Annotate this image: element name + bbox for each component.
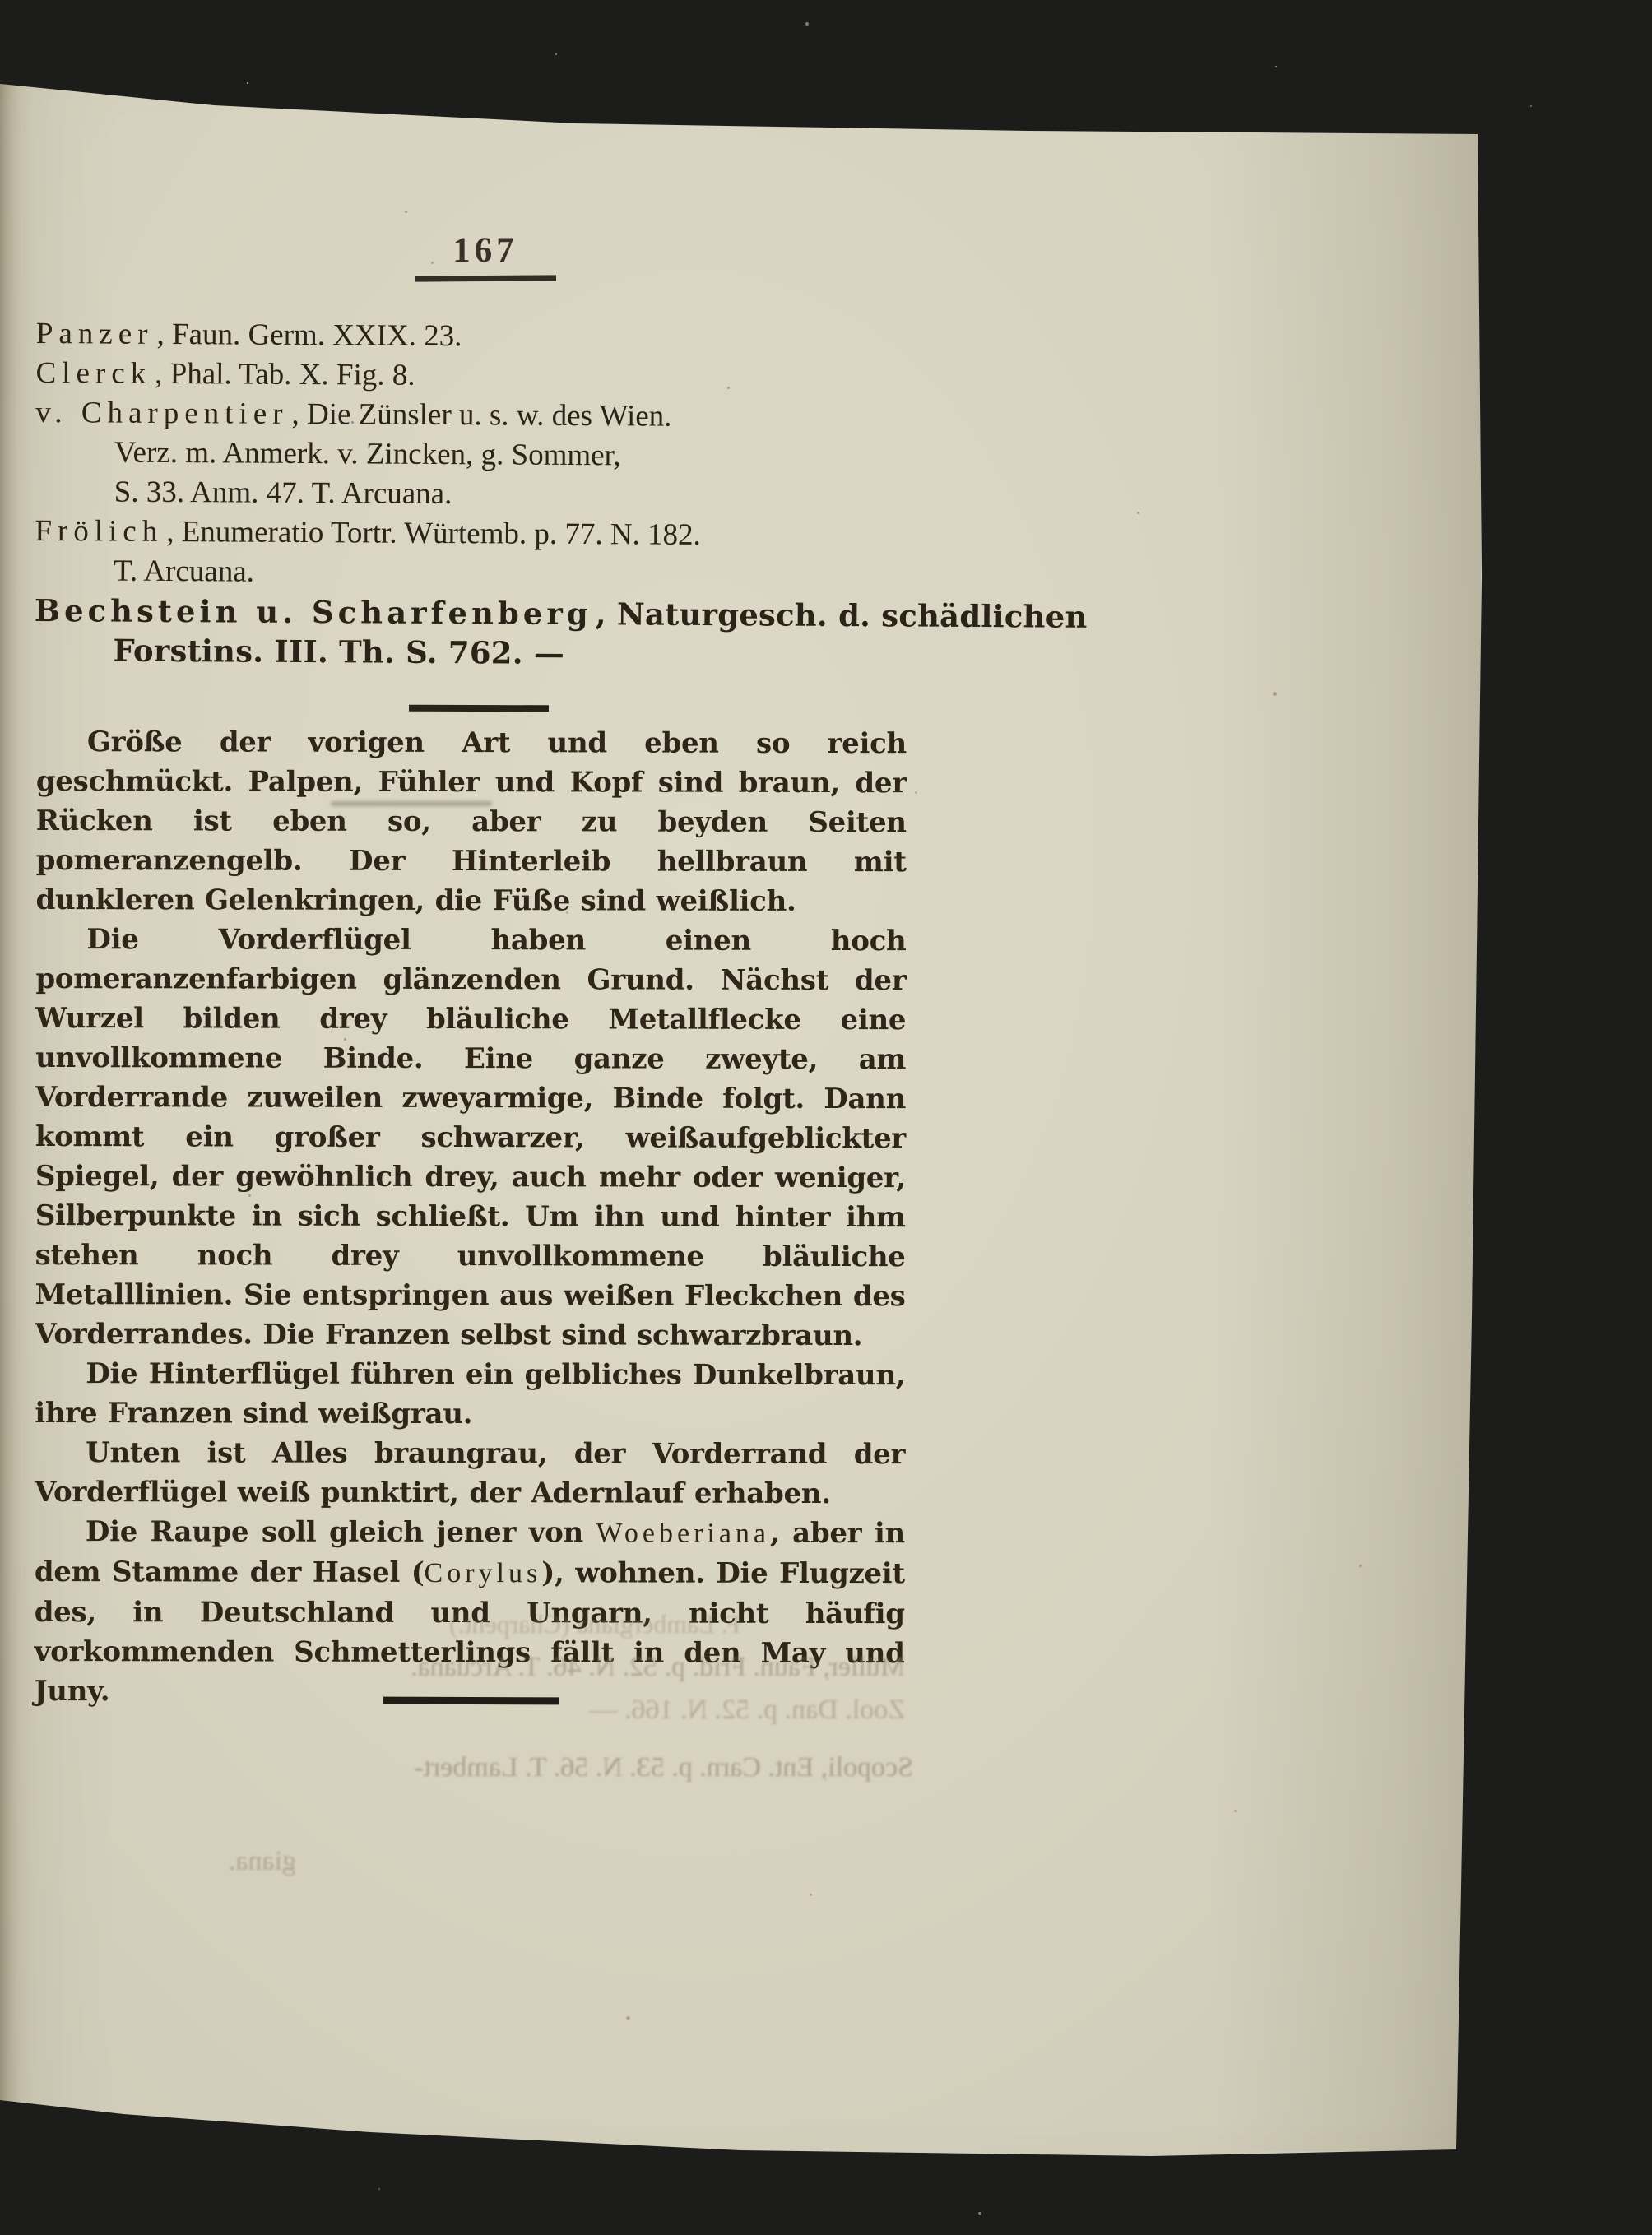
bleed-through-line: F. Lambergiana (Charpent.) <box>263 1609 740 1639</box>
body-paragraph: Die Vorderflügel haben einen hoch pomera… <box>35 920 906 1356</box>
reference-text: S. 33. Anm. 47. T. Arcuana. <box>114 475 452 512</box>
author-name: v. Charpentier <box>35 396 288 431</box>
page-curvature-shading <box>1209 132 1481 2151</box>
reference-line: T. Arcuana. <box>35 551 905 596</box>
reference-line: Frölich, Enumeratio Tortr. Würtemb. p. 7… <box>35 512 905 556</box>
author-name: Clerck <box>35 356 151 391</box>
end-divider-rule <box>383 1697 559 1705</box>
reference-line: S. 33. Anm. 47. T. Arcuana. <box>35 472 906 517</box>
bleed-through-line: Scopoli, Ent. Carn. p. 53. N. 56. T. Lam… <box>90 1752 913 1783</box>
section-divider-rule <box>409 705 549 712</box>
reference-text: , Faun. Germ. XXIX. 23. <box>156 318 462 353</box>
page-number: 167 <box>411 230 559 271</box>
scan-background: { "document": { "page_number": "167", "r… <box>0 0 1652 2235</box>
reference-text: T. Arcuana. <box>114 554 254 589</box>
author-name: Frölich <box>35 514 163 549</box>
body-text-block: Größe der vorigen Art und eben so reich … <box>34 722 907 1713</box>
references-block: Panzer, Faun. Germ. XXIX. 23. Clerck, Ph… <box>34 314 907 675</box>
genus-name: Corylus <box>425 1558 542 1588</box>
reference-text: , Naturgesch. d. schädlichen <box>596 596 1088 635</box>
reference-text: Forstins. III. Th. S. 762. — <box>113 633 564 671</box>
bleed-through-line: Müller, Faun. Frid. p. 52. N. 46. T. Arc… <box>148 1652 905 1683</box>
pencil-smudge <box>331 801 492 806</box>
scanner-dust-specks <box>247 82 248 84</box>
body-paragraph: Die Hinterflügel führen ein gelbliches D… <box>35 1354 905 1435</box>
body-text-segment: Die Raupe soll gleich jener von <box>86 1515 596 1549</box>
reference-text: , Die Zünsler u. s. w. des Wien. <box>291 397 671 434</box>
reference-line: Panzer, Faun. Germ. XXIX. 23. <box>36 314 907 359</box>
body-paragraph: Größe der vorigen Art und eben so reich … <box>35 722 907 921</box>
reference-line: Verz. m. Anmerk. v. Zincken, g. Sommer, <box>35 433 906 477</box>
reference-line: Bechstein u. Scharfenberg, Naturgesch. d… <box>35 591 905 635</box>
page-number-underline <box>415 275 556 281</box>
bleed-through-line: giana. <box>140 1846 296 1877</box>
author-name: Bechstein u. Scharfenberg <box>35 592 592 632</box>
reference-line: v. Charpentier, Die Zünsler u. s. w. des… <box>35 393 906 438</box>
reference-line: Clerck, Phal. Tab. X. Fig. 8. <box>35 354 906 398</box>
reference-text: , Phal. Tab. X. Fig. 8. <box>155 357 415 392</box>
reference-text: , Enumeratio Tortr. Würtemb. p. 77. N. 1… <box>166 515 701 552</box>
page-paper: 167 Panzer, Faun. Germ. XXIX. 23. Clerck… <box>0 0 1652 2235</box>
reference-line: Forstins. III. Th. S. 762. — <box>34 630 904 675</box>
author-name: Panzer <box>36 317 154 351</box>
reference-text: Verz. m. Anmerk. v. Zincken, g. Sommer, <box>114 436 621 473</box>
species-name: Woeberiana <box>596 1518 771 1548</box>
body-paragraph: Unten ist Alles braungrau, der Vorderran… <box>35 1433 905 1514</box>
